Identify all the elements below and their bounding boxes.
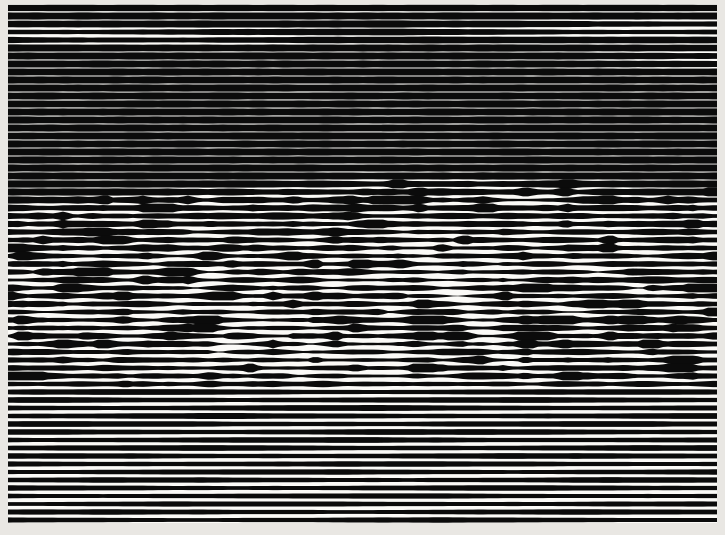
ink-line-row xyxy=(8,76,717,83)
ink-line-row xyxy=(8,12,717,19)
ink-line-row xyxy=(8,108,717,115)
ink-line-row xyxy=(8,140,717,147)
ink-line-row xyxy=(8,116,717,123)
ink-line-row xyxy=(8,164,717,171)
ink-line-row xyxy=(8,389,717,395)
ink-line-row xyxy=(8,68,717,75)
ink-line-row xyxy=(8,469,717,475)
ink-line-row xyxy=(8,156,717,163)
engraving-line-halftone-image xyxy=(0,0,725,535)
ink-line-row xyxy=(8,445,717,451)
ink-line-row xyxy=(8,413,717,419)
ink-line-row xyxy=(8,92,717,99)
ink-line-row xyxy=(8,397,717,403)
ink-line-row xyxy=(8,5,717,12)
ink-line-row xyxy=(8,148,717,155)
ink-line-row xyxy=(8,84,717,91)
ink-line-row xyxy=(8,477,717,483)
ink-line-row xyxy=(8,124,717,131)
ink-line-row xyxy=(8,501,717,506)
ink-line-row xyxy=(8,60,717,67)
ink-line-row xyxy=(8,188,717,197)
ink-line-row xyxy=(8,44,717,51)
ink-line-row xyxy=(8,52,717,59)
ink-line-row xyxy=(8,485,717,491)
ink-line-row xyxy=(8,20,717,27)
ink-line-row xyxy=(8,493,717,498)
ink-line-row xyxy=(8,517,717,522)
ink-line-row xyxy=(8,429,717,435)
scanned-print-page xyxy=(0,0,725,535)
ink-line-row xyxy=(8,421,717,427)
ink-line-row xyxy=(8,37,717,44)
ink-line-row xyxy=(8,172,717,180)
ink-line-row xyxy=(8,437,717,443)
ink-line-row xyxy=(8,132,717,139)
ink-line-row xyxy=(8,461,717,466)
ink-line-row xyxy=(8,100,717,107)
ink-line-row xyxy=(8,453,717,459)
